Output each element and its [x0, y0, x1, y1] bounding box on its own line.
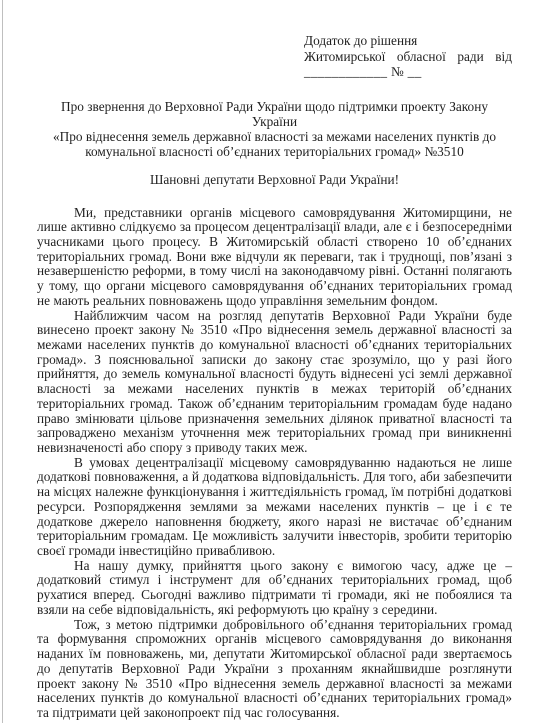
document-page: Додаток до рішення Житомирської обласної…: [0, 0, 550, 723]
body-paragraph: Тож, з метою підтримки добровільного об’…: [37, 618, 512, 721]
body-paragraph: На нашу думку, прийняття цього закону є …: [37, 559, 512, 618]
annex-label: Додаток до рішення: [304, 33, 512, 49]
annex-issuer: Житомирської обласної ради від: [304, 49, 512, 65]
document-title-line-3: комунальної власності об’єднаних територ…: [37, 144, 512, 159]
document-title: Про звернення до Верховної Ради України …: [37, 99, 512, 159]
salutation: Шановні депутати Верховної Ради України!: [37, 172, 512, 187]
document-title-line-2: «Про віднесення земель державної власнос…: [37, 129, 512, 144]
document-content: Додаток до рішення Житомирської обласної…: [37, 33, 512, 721]
document-title-line-1: Про звернення до Верховної Ради України …: [37, 99, 512, 129]
page-left-edge-rule: [2, 0, 3, 723]
annex-date-number-blank: ____________ № __: [304, 64, 512, 80]
document-body: Ми, представники органів місцевого самов…: [37, 206, 512, 721]
body-paragraph: Найближчим часом на розгляд депутатів Ве…: [37, 309, 512, 456]
annex-reference-block: Додаток до рішення Житомирської обласної…: [304, 33, 512, 80]
body-paragraph: Ми, представники органів місцевого самов…: [37, 206, 512, 309]
body-paragraph: В умовах децентралізації місцевому самов…: [37, 456, 512, 559]
